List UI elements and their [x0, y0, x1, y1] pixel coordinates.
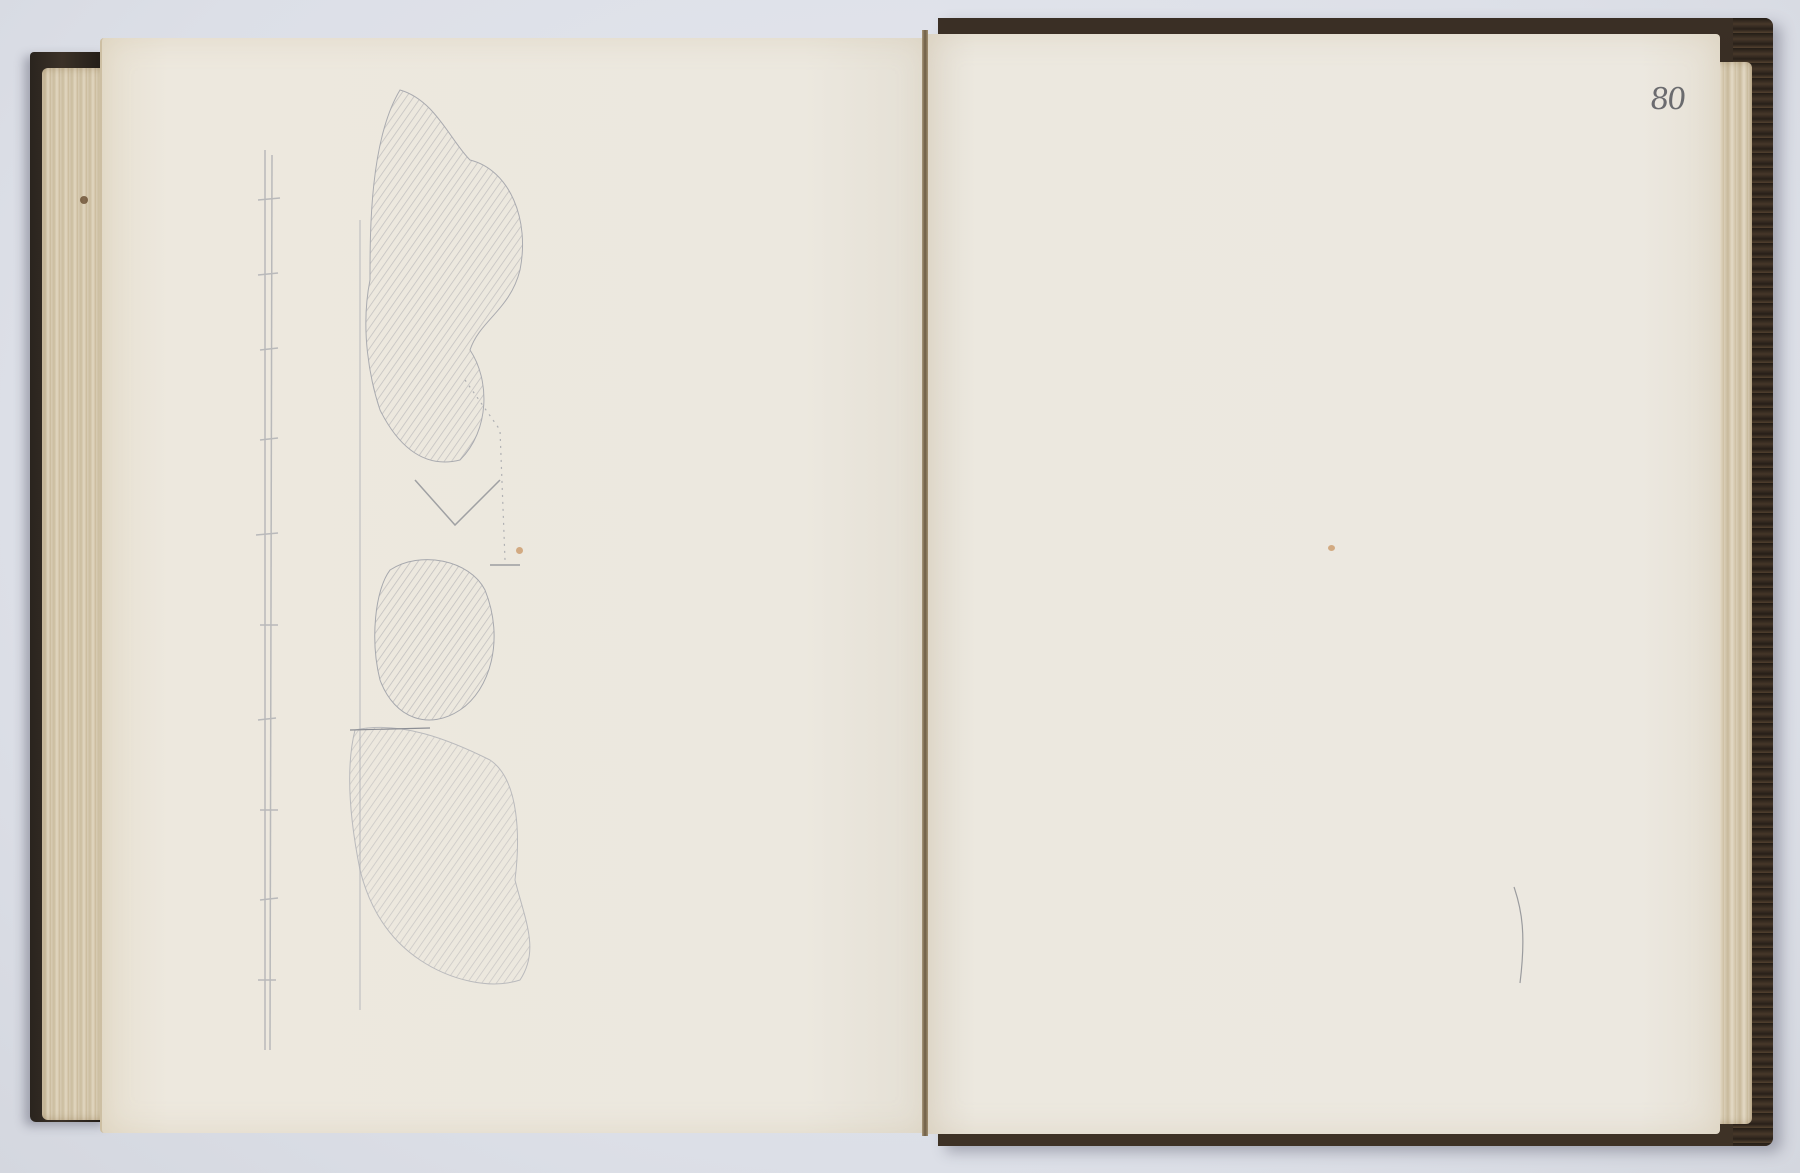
foxing-spot [1328, 545, 1335, 551]
foxing-spot [80, 196, 88, 204]
lower-tree-mass [350, 727, 530, 984]
upper-tree-mass [366, 90, 523, 462]
right-page [928, 34, 1720, 1134]
middle-tree-mass [375, 560, 494, 720]
fence-line [256, 150, 280, 1050]
book-gutter [922, 30, 928, 1136]
stray-pencil-stroke [1512, 885, 1532, 985]
foxing-spot [516, 547, 523, 554]
page-number: 80 [1648, 82, 1686, 117]
pencil-landscape-sketch [220, 80, 640, 1080]
